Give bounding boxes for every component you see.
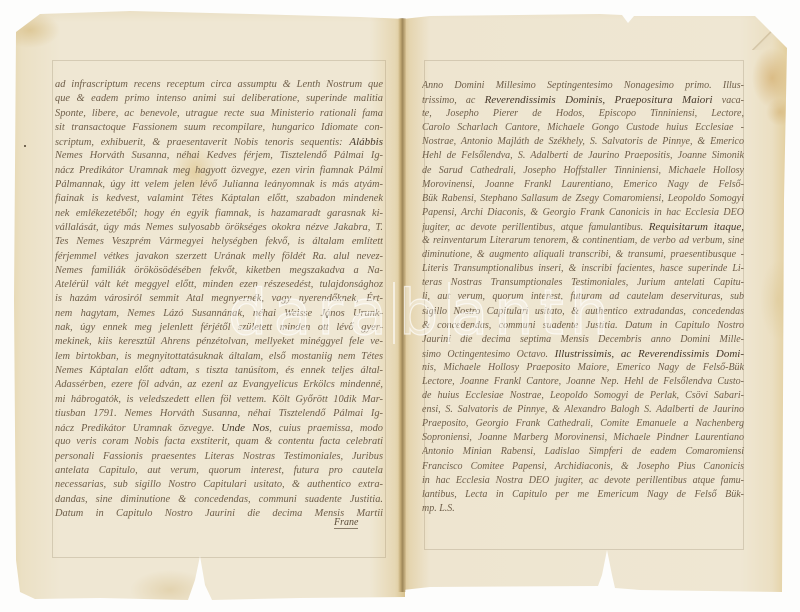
line-text: nácz Predikátor Uramnak özvegye. [55,423,221,434]
line-text: jugiter, ac devote perillentibus, atque … [422,222,649,233]
manuscript-line: trissimo, ac Reverendissimis Dominis, Pr… [422,93,744,107]
line-text: trissimo, ac [422,95,485,106]
signature: Frane [334,517,358,529]
manuscript-line: Adassérben, ezere föl adván, az ezenl az… [55,378,383,392]
emphasized-text: Illustrissimis, ac Reverendissimis Domi- [555,348,744,360]
manuscript-line: Literis Transumptionalibus inseri, & ins… [422,262,744,276]
manuscript-line: Bük Rabensi, Stephano Sallasum de Zsegy … [422,192,744,206]
emphasized-text: Unde Nos [221,422,269,434]
manuscript-line: nis, Michaele Hollosy Praeposito Maiore,… [422,361,744,375]
manuscript-line: Carolo Scharlach Cantore, Michaele Gongo… [422,121,744,135]
manuscript-line: mi hábrogatók, is veledszedett ellen föl… [55,393,383,407]
manuscript-line: Nemes Horváth Susanna, néhai Kedves férj… [55,149,383,163]
manuscript-line: Soproniensi, Joanne Marberg Morovinensi,… [422,431,744,445]
manuscript-line: que & eadem primo intenso animi sui deli… [55,92,383,106]
manuscript-line: necessarias, sub sigillo Nostro Capitula… [55,478,383,492]
manuscript-line: lem birtokban, is megnyitottatásuknak ál… [55,350,383,364]
watermark-text: anth [450,276,615,349]
manuscript-line: vállalását, úgy más Nemes sulyosabb örök… [55,221,383,235]
manuscript-line: nácz Predikátor Uramnak özvegye. Unde No… [55,421,383,435]
manuscript-line: personali Fassionis praesentes Literas N… [55,450,383,464]
closing-line: mp. L.S. [422,502,744,516]
manuscript-line: ad infrascriptum recens receptum circa a… [55,78,383,92]
manuscript-line: férjemmel vétkes javakon szerzett Urának… [55,250,383,264]
manuscript-line: te, Josepho Pierer de Hodos, Episcopo Ti… [422,107,744,121]
emphasized-text: Reverendissimis Dominis, Praepositura Ma… [485,94,713,106]
emphasized-text: Requisitarum itaque, [649,221,744,233]
line-text: scriptum, exhibuerit, & praesentaverit N… [55,137,349,148]
folded-corner [752,16,787,50]
manuscript-line: Lectore, Joanne Frankl Cantore, Joanne N… [422,375,744,389]
manuscript-line: tiusban 1791. Nemes Horváth Susanna, néh… [55,407,383,421]
manuscript-line: diminutione, & augmento aliquali transcr… [422,248,744,262]
manuscript-line: Papensi, Archi Diaconis, & Georgio Frank… [422,206,744,220]
manuscript-line: dandas, sine diminutione & concedendas, … [55,493,383,507]
manuscript-line: Anno Domini Millesimo Septingentesimo No… [422,79,744,93]
manuscript-line: Tes Nemes Veszprém Vármegyei helységben … [55,235,383,249]
manuscript-line: de huius Ecclesiae Nostrae, Leopoldo Som… [422,389,744,403]
manuscript-line: Nemes Káptalan előtt adtam, s tiszta tan… [55,364,383,378]
manuscript-line: jugiter, ac devote perillentibus, atque … [422,220,744,234]
manuscript-line: Antonio Minian Rabensi, Ladislao Simpfer… [422,445,744,459]
manuscript-line: de Sarud Cathedrali, Josepho Hoffstaller… [422,164,744,178]
manuscript-line: Hehl de Felsőlendva, S. Adalberti de Jau… [422,149,744,163]
manuscript-line: Morovinensi, Joanne Frankl Laurentiano, … [422,178,744,192]
manuscript-line: quo veris coram Nobis facta exstiterit, … [55,435,383,449]
manuscript-line: scriptum, exhibuerit, & praesentaverit N… [55,135,383,149]
manuscript-line: antelata Capitulo, aut verum, quorum int… [55,464,383,478]
manuscript-line: Nostrae, Antonio Majláth de Székhely, S.… [422,135,744,149]
manuscript-line: Pálmannak, úgy itt velem jelen lévő Juli… [55,178,383,192]
manuscript-line: in hac Ecclesia Nostra DEO jugiter, ac d… [422,474,744,488]
manuscript-line: nek emlékezetéből; hogy én egyik fiamnak… [55,207,383,221]
line-text: vaca- [713,95,744,106]
manuscript-line: Sponte, libere, ac benevole, utrague rec… [55,107,383,121]
line-text: simo Octingentesimo Octavo. [422,349,555,360]
manuscript-line: Francisco Comitee Papensi, Archidiaconis… [422,460,744,474]
ink-mark [24,145,26,147]
ink-mark [786,140,788,142]
watermark: darabanth [228,278,615,348]
line-text: , cuius praemissa, modo [269,423,383,434]
manuscript-line: ensi, S. Salvatoris de Pinnye, & Alexand… [422,403,744,417]
watermark-bracket-letter: b [393,282,450,344]
manuscript-line: sit transactoque Fassionem suum recompil… [55,121,383,135]
manuscript-line: Praeposito, Georgio Frank Cathedrali, Co… [422,417,744,431]
manuscript-line: nácz Predikátor Uramnak meg hagyott özve… [55,164,383,178]
manuscript-line: & reinventarum Literarum tenorem, & cont… [422,234,744,248]
manuscript-line: fiainak is kedvest, valamint Tétes Kápta… [55,192,383,206]
watermark-text: dara [228,276,393,349]
manuscript-line: lantibus, Lecta in Capitulo per me Emeri… [422,488,744,502]
